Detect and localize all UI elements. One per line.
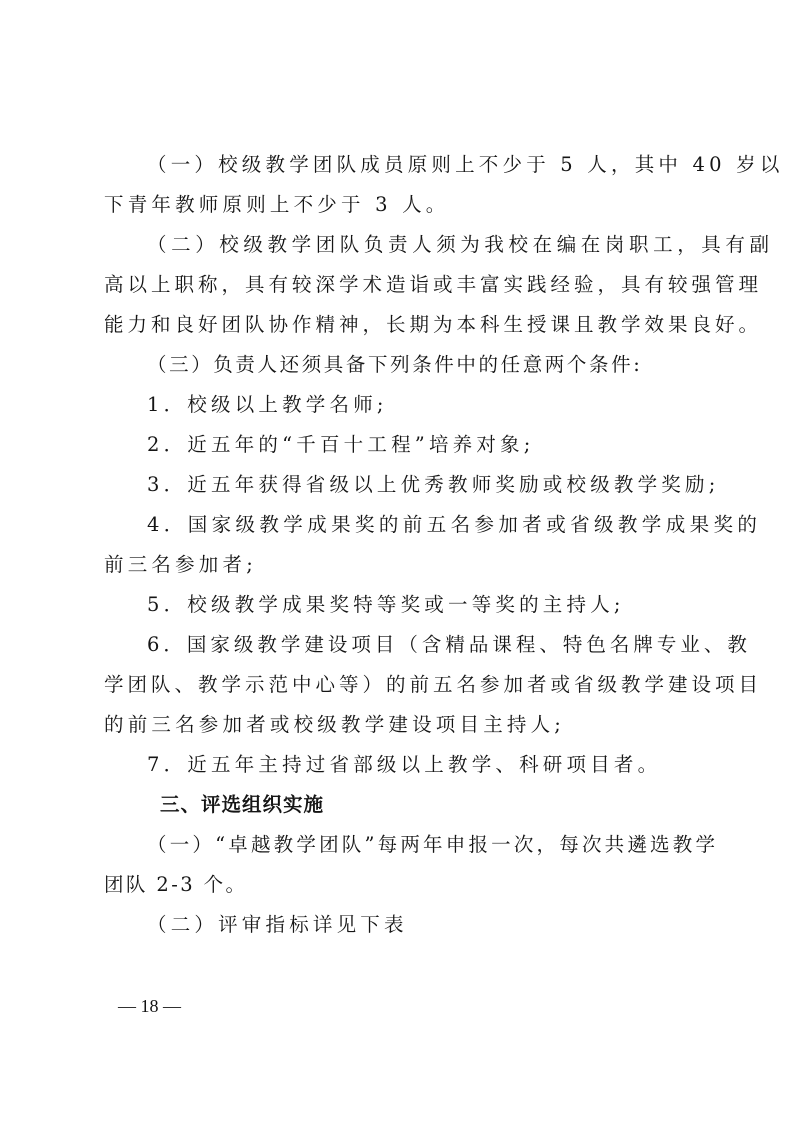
paragraph-team-size-line-1: （一）校级教学团队成员原则上不少于 5 人，其中 40 岁以 — [147, 153, 784, 177]
paragraph-team-size-line-2: 下青年教师原则上不少于 3 人。 — [104, 193, 450, 217]
paragraph-leader-requirements-line-1: （二）校级教学团队负责人须为我校在编在岗职工，具有副 — [147, 233, 774, 257]
condition-item-6-line-1: 6．国家级教学建设项目（含精品课程、特色名牌专业、教 — [147, 633, 751, 657]
paragraph-evaluation-criteria: （二）评审指标详见下表 — [147, 913, 408, 937]
condition-item-5: 5．校级教学成果奖特等奖或一等奖的主持人; — [147, 593, 625, 617]
paragraph-selection-frequency-line-1: （一）“卓越教学团队”每两年申报一次，每次共遴选教学 — [147, 833, 718, 857]
paragraph-leader-requirements-line-2: 高以上职称，具有较深学术造诣或丰富实践经验，具有较强管理 — [104, 273, 762, 297]
condition-item-6-line-2: 学团队、教学示范中心等）的前五名参加者或省级教学建设项目 — [104, 673, 762, 697]
section-heading-selection-implementation: 三、评选组织实施 — [160, 793, 324, 817]
paragraph-conditions-intro: （三）负责人还须具备下列条件中的任意两个条件: — [147, 353, 642, 377]
condition-item-2: 2．近五年的“千百十工程”培养对象; — [147, 433, 535, 457]
condition-item-4-line-1: 4．国家级教学成果奖的前五名参加者或省级教学成果奖的 — [147, 513, 761, 537]
condition-item-3: 3．近五年获得省级以上优秀教师奖励或校级教学奖励; — [147, 473, 719, 497]
condition-item-7: 7．近五年主持过省部级以上教学、科研项目者。 — [147, 753, 661, 777]
condition-item-1: 1．校级以上教学名师; — [147, 393, 388, 417]
paragraph-selection-frequency-line-2: 团队 2-3 个。 — [104, 873, 247, 897]
document-page: （一）校级教学团队成员原则上不少于 5 人，其中 40 岁以 下青年教师原则上不… — [0, 0, 794, 1123]
page-number: — 18 — — [118, 996, 181, 1017]
condition-item-4-line-2: 前三名参加者; — [104, 553, 257, 577]
paragraph-leader-requirements-line-3: 能力和良好团队协作精神，长期为本科生授课且教学效果良好。 — [104, 313, 762, 337]
condition-item-6-line-3: 的前三名参加者或校级教学建设项目主持人; — [104, 713, 565, 737]
